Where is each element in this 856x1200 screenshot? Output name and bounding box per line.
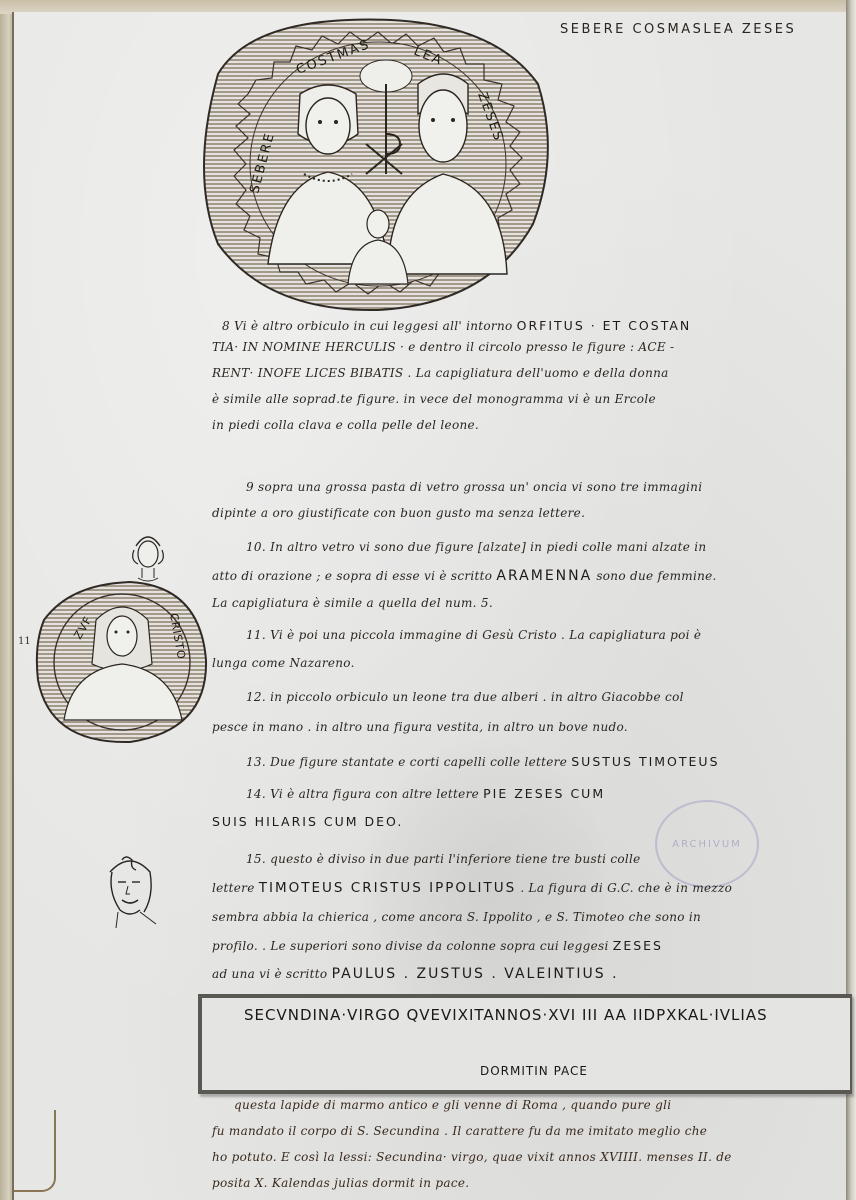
- inscription-line-2: DORMITIN PACE: [480, 1064, 588, 1078]
- paragraph-14-line-2: SUIS HILARIS CUM DEO.: [212, 814, 403, 829]
- paragraph-15-line-1: 15. questo è diviso in due parti l'infer…: [246, 852, 641, 866]
- paragraph-8-line-5: in piedi colla clava e colla pelle del l…: [212, 418, 479, 432]
- paragraph-11-line-2: lunga come Nazareno.: [212, 656, 355, 670]
- paragraph-15-line-4: profilo. . Le superiori sono divise da c…: [212, 938, 663, 953]
- paragraph-9-line-2: dipinte a oro giustificate con buon gust…: [212, 506, 585, 520]
- paragraph-10-line-3: La capigliatura è simile a quella del nu…: [212, 596, 493, 610]
- paragraph-9-line-1: 9 sopra una grossa pasta di vetro grossa…: [246, 480, 702, 494]
- footer-note-line-1: questa lapide di marmo antico e gli venn…: [234, 1098, 671, 1112]
- paragraph-10-line-2: atto di orazione ; e sopra di esse vi è …: [212, 568, 717, 584]
- paragraph-10-line-1: 10. In altro vetro vi sono due figure [a…: [246, 540, 706, 554]
- paragraph-8-line-2: TIA· IN NOMINE HERCULIS · e dentro il ci…: [212, 340, 674, 354]
- paragraph-13-line-1: 13. Due figure stantate e corti capelli …: [246, 754, 720, 769]
- paragraph-8-line-3: RENT· INOFE LICES BIBATIS . La capigliat…: [212, 366, 669, 380]
- footer-note-line-2: fu mandato il corpo di S. Secundina . Il…: [212, 1124, 707, 1138]
- bearded-head-sketch: [100, 852, 160, 932]
- paragraph-15-line-3: sembra abbia la chierica , come ancora S…: [212, 910, 701, 924]
- paragraph-15-line-5: ad una vi è scritto PAULUS . ZUSTUS . VA…: [212, 966, 619, 982]
- header-caption: SEBERE COSMASLEA ZESES: [560, 22, 796, 37]
- gold-glass-medallion-christ: ZVF CRISTO: [30, 580, 208, 744]
- footer-note-line-4: posita X. Kalendas julias dormit in pace…: [212, 1176, 469, 1190]
- footer-note-line-3: ho potuto. E così la lessi: Secundina· v…: [212, 1150, 732, 1164]
- paragraph-11-line-1: 11. Vi è poi una piccola immagine di Ges…: [246, 628, 701, 642]
- margin-number-11: 11: [18, 636, 31, 647]
- paragraph-8-line-1: 8 Vi è altro orbiculo in cui leggesi all…: [222, 318, 691, 333]
- page-corner-fold: [14, 1110, 56, 1192]
- archive-stamp: ARCHIVUM: [655, 800, 759, 888]
- paragraph-15-line-2: lettere TIMOTEUS CRISTUS IPPOLITUS . La …: [212, 880, 732, 896]
- gold-glass-medallion-top: SEBERE COSTMAS LEA ZESES: [188, 14, 560, 314]
- paragraph-8-line-4: è simile alle soprad.te figure. in vece …: [212, 392, 656, 406]
- paragraph-12-line-2: pesce in mano . in altro una figura vest…: [212, 720, 628, 734]
- inscription-line-1: SECVNDINA·VIRGO QVEVIXITANNOS·XVI III AA…: [244, 1006, 768, 1024]
- small-portrait-head-sketch: [128, 528, 168, 586]
- paragraph-14-line-1: 14. Vi è altra figura con altre lettere …: [246, 786, 605, 801]
- paragraph-12-line-1: 12. in piccolo orbiculo un leone tra due…: [246, 690, 684, 704]
